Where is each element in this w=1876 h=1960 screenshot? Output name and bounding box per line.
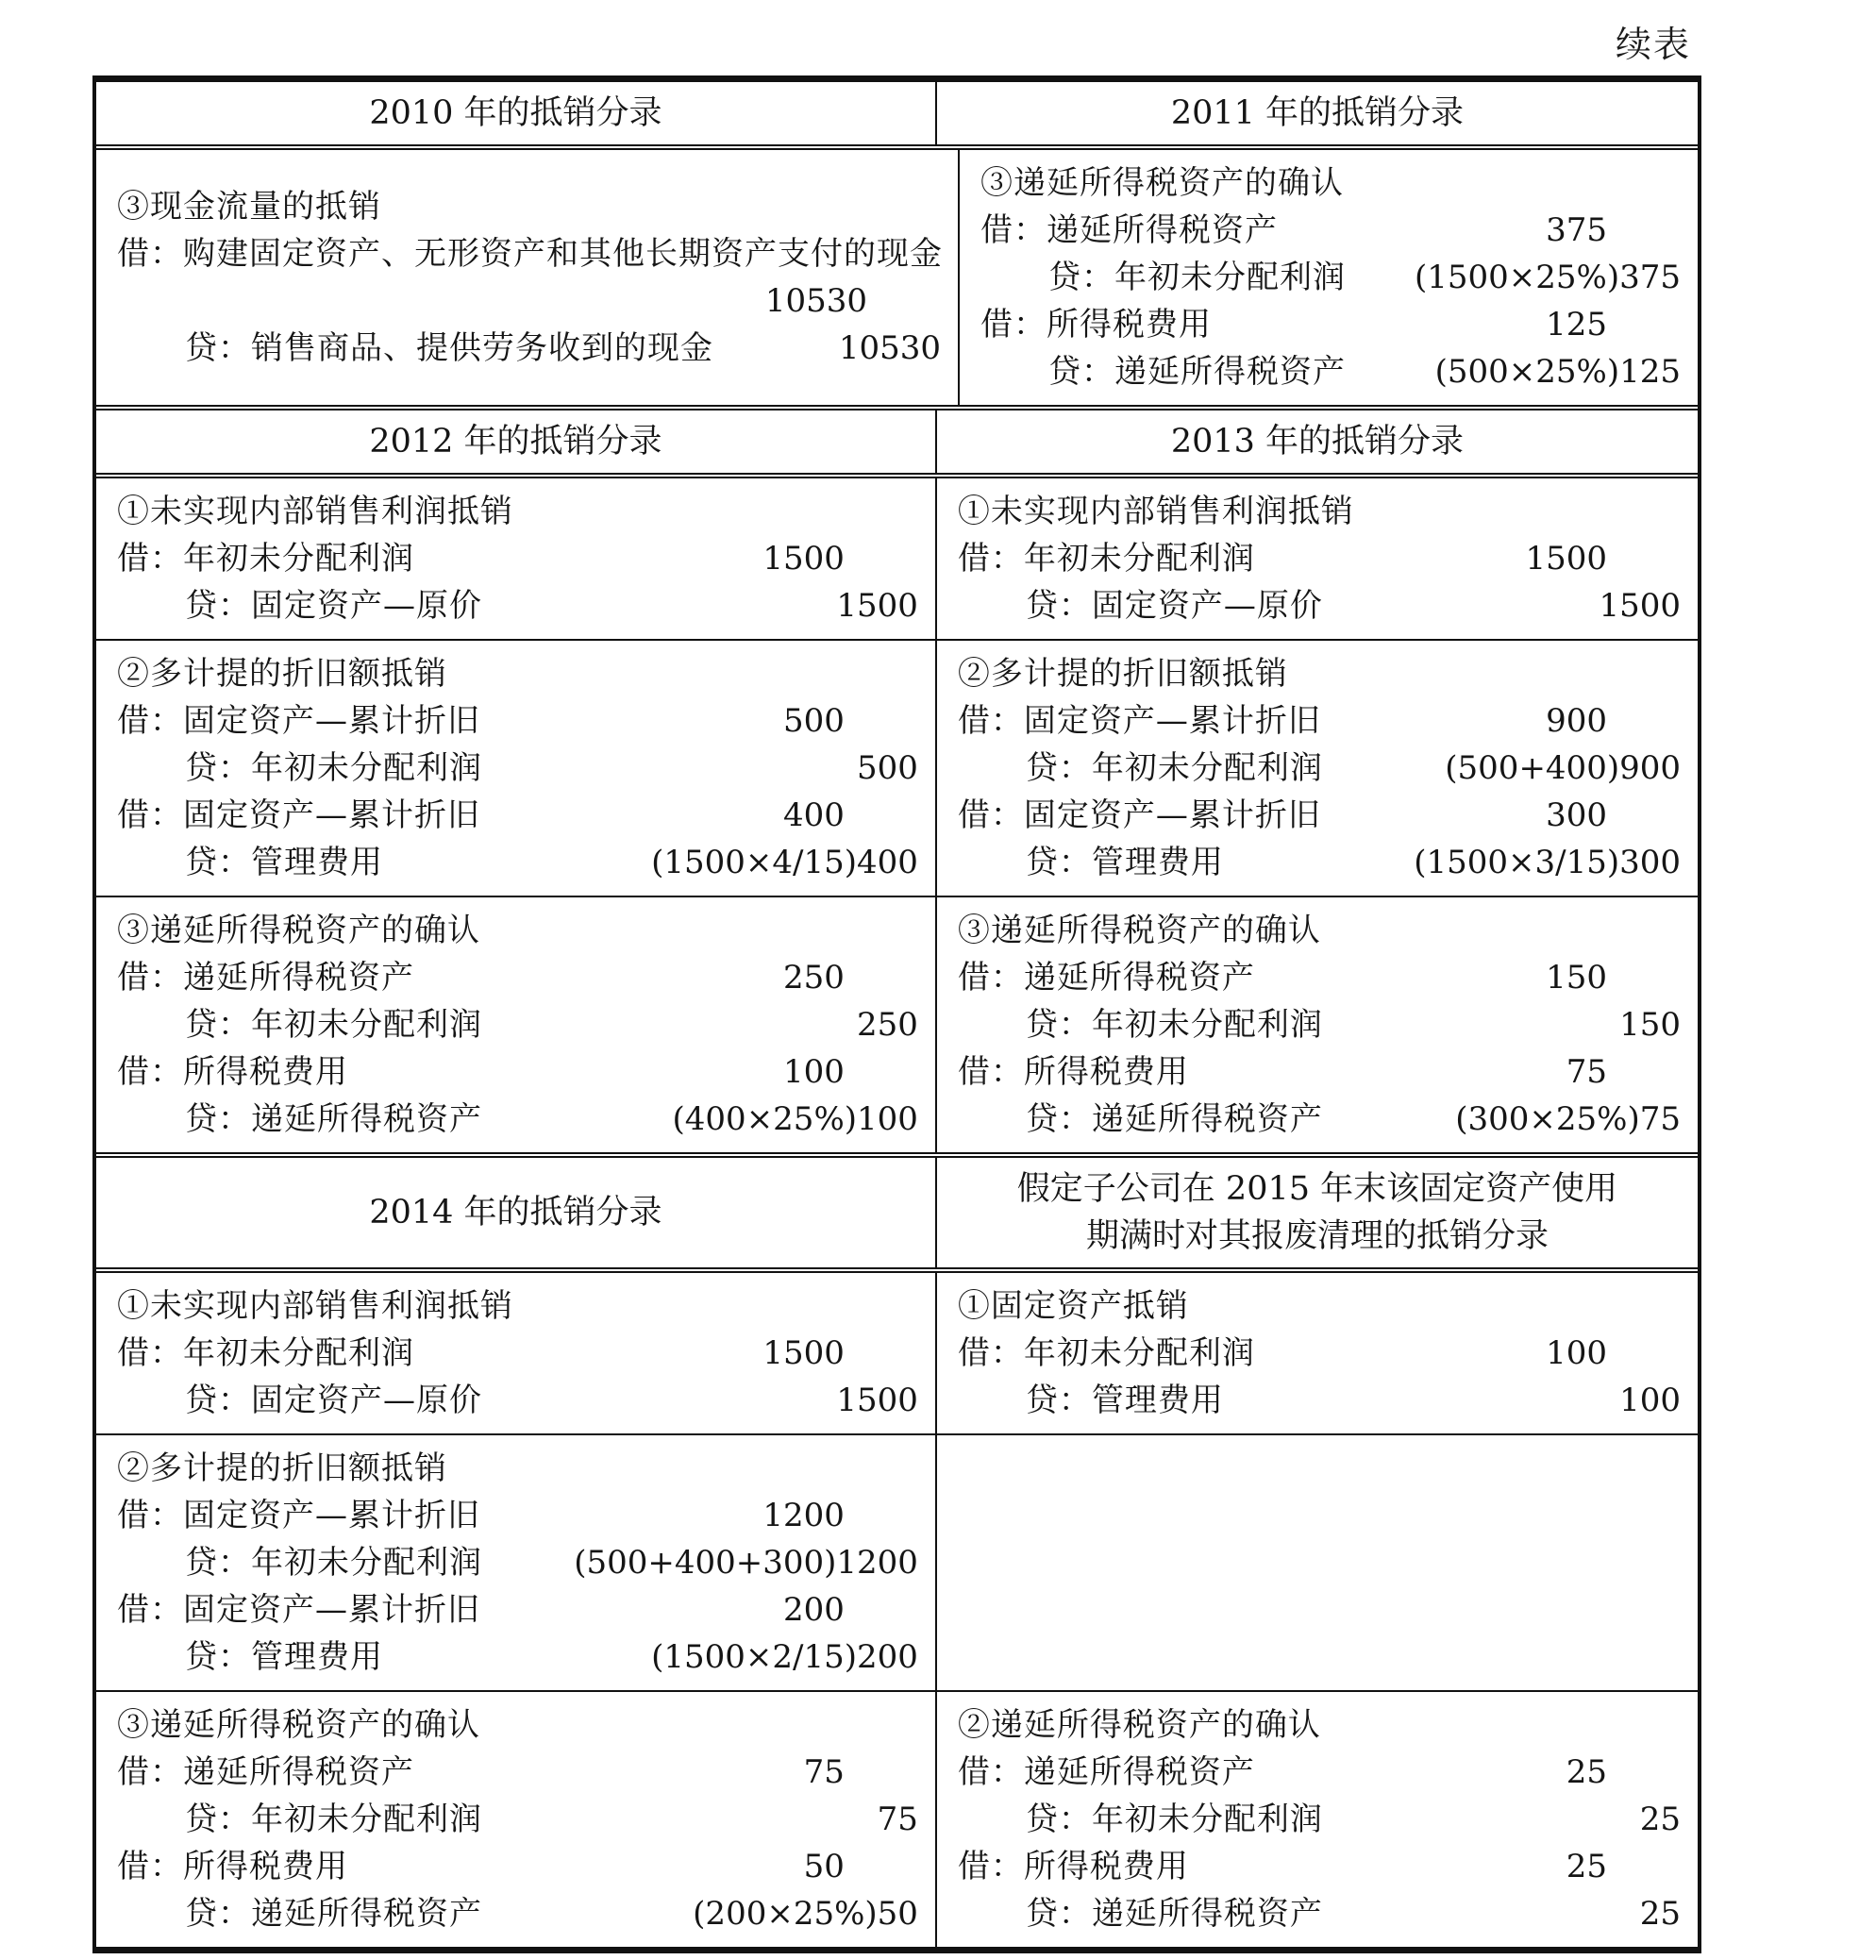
entry-cell: ①未实现内部销售利润抵销借：年初未分配利润1500贷：固定资产—原价1500 (96, 1273, 937, 1433)
amount-debit: 1500 (1525, 535, 1683, 582)
entry-text: 借：购建固定资产、无形资产和其他长期资产支付的现金 (117, 230, 943, 277)
amount-credit: (1500×25%)375 (1415, 254, 1683, 301)
amount-debit: 25 (1566, 1843, 1683, 1890)
entry-line: 贷：销售商品、提供劳务收到的现金10530 (117, 325, 943, 372)
amount-credit: 25 (1640, 1796, 1683, 1843)
year-header-text: 假定子公司在 2015 年末该固定资产使用 (1017, 1165, 1617, 1213)
table-section-2010-2011: 2010 年的抵销分录2011 年的抵销分录③现金流量的抵销借：购建固定资产、无… (96, 82, 1698, 405)
entry-text: 借：所得税费用 (117, 1843, 348, 1890)
entry-line: 借：固定资产—累计折旧500 (117, 697, 920, 745)
amount-credit: (200×25%)50 (693, 1890, 920, 1937)
entry-line: 借：年初未分配利润1500 (117, 1330, 920, 1377)
entry-line: 借：固定资产—累计折旧200 (117, 1586, 920, 1633)
amount-debit: 1200 (762, 1492, 920, 1539)
amount-debit: 1500 (762, 1330, 920, 1377)
entry-line: 贷：固定资产—原价1500 (117, 582, 920, 629)
entry-line: 贷：固定资产—原价1500 (958, 582, 1683, 629)
entry-line: 贷：年初未分配利润(500+400+300)1200 (117, 1539, 920, 1586)
amount-debit: 250 (783, 954, 920, 1001)
entry-text: 贷：固定资产—原价 (958, 582, 1323, 629)
amount-credit: (500+400+300)1200 (574, 1539, 920, 1586)
amount-debit: 75 (804, 1749, 920, 1796)
entry-text: 贷：管理费用 (958, 1377, 1224, 1424)
entry-line: 贷：递延所得税资产(500×25%)125 (980, 348, 1683, 395)
section-header-row: 2010 年的抵销分录2011 年的抵销分录 (96, 82, 1698, 150)
entry-text: ②多计提的折旧额抵销 (958, 650, 1288, 697)
entry-line: 贷：固定资产—原价1500 (117, 1377, 920, 1424)
entry-line: 借：所得税费用25 (958, 1843, 1683, 1890)
entry-title-line: ①固定资产抵销 (958, 1282, 1683, 1330)
entry-text: 贷：年初未分配利润 (117, 745, 482, 792)
amount-credit: (1500×3/15)300 (1414, 839, 1683, 886)
amount-debit: 1500 (762, 535, 920, 582)
amount-credit: 100 (1619, 1377, 1683, 1424)
entry-text: 贷：年初未分配利润 (117, 1796, 482, 1843)
year-header-text: 2010 年的抵销分录 (369, 90, 662, 137)
amount-debit: 500 (783, 697, 920, 745)
entry-text: 借：所得税费用 (958, 1843, 1189, 1890)
entry-text: 借：递延所得税资产 (117, 954, 414, 1001)
amount-debit: 100 (783, 1048, 920, 1096)
entry-line: 贷：年初未分配利润(1500×25%)375 (980, 254, 1683, 301)
entry-text: 借：递延所得税资产 (958, 954, 1255, 1001)
amount-line: 10530 (117, 277, 943, 325)
entry-line: 借：固定资产—累计折旧1200 (117, 1492, 920, 1539)
entry-text: ③递延所得税资产的确认 (117, 1701, 480, 1749)
amount-debit: 200 (783, 1586, 920, 1633)
amount-debit: 25 (1566, 1749, 1683, 1796)
entry-text: 借：所得税费用 (958, 1048, 1189, 1096)
entry-text: 借：年初未分配利润 (958, 535, 1255, 582)
entry-row: ③递延所得税资产的确认借：递延所得税资产75贷：年初未分配利润75借：所得税费用… (96, 1690, 1698, 1947)
amount-credit: 1500 (1599, 582, 1683, 629)
entry-title-line: ②多计提的折旧额抵销 (117, 650, 920, 697)
year-header-cell: 假定子公司在 2015 年末该固定资产使用期满时对其报废清理的抵销分录 (937, 1158, 1698, 1267)
entry-line: 贷：管理费用(1500×2/15)200 (117, 1633, 920, 1681)
year-header-text: 2012 年的抵销分录 (369, 418, 662, 465)
entry-cell: ②多计提的折旧额抵销借：固定资产—累计折旧900贷：年初未分配利润(500+40… (937, 641, 1698, 896)
entry-text: 借：固定资产—累计折旧 (117, 1492, 480, 1539)
entry-text: 贷：管理费用 (117, 839, 383, 886)
entry-row: ②多计提的折旧额抵销借：固定资产—累计折旧500贷：年初未分配利润500借：固定… (96, 639, 1698, 896)
entry-line: 贷：年初未分配利润150 (958, 1001, 1683, 1048)
entry-title-line: ②递延所得税资产的确认 (958, 1701, 1683, 1749)
amount-debit: 100 (1546, 1330, 1683, 1377)
entry-text: 贷：销售商品、提供劳务收到的现金 (117, 325, 713, 372)
year-header-text: 2014 年的抵销分录 (369, 1189, 662, 1236)
entry-line: 贷：管理费用(1500×4/15)400 (117, 839, 920, 886)
entry-text: 借：年初未分配利润 (117, 535, 414, 582)
entry-text: ②递延所得税资产的确认 (958, 1701, 1321, 1749)
continuation-label: 续表 (1616, 15, 1691, 67)
entry-text: ①未实现内部销售利润抵销 (958, 488, 1354, 535)
amount-credit: 150 (1619, 1001, 1683, 1048)
entry-title-line: ③递延所得税资产的确认 (117, 1701, 920, 1749)
entry-line: 借：递延所得税资产150 (958, 954, 1683, 1001)
entry-text: ③递延所得税资产的确认 (117, 907, 480, 954)
entry-title-line: ③递延所得税资产的确认 (980, 159, 1683, 207)
amount-debit: 50 (804, 1843, 920, 1890)
entry-text: ①固定资产抵销 (958, 1282, 1189, 1330)
entry-line: 贷：年初未分配利润75 (117, 1796, 920, 1843)
entry-line: 借：所得税费用100 (117, 1048, 920, 1096)
entry-text: 借：固定资产—累计折旧 (958, 697, 1321, 745)
entry-title-line: ③递延所得税资产的确认 (958, 907, 1683, 954)
scanned-document-page: 续表 2010 年的抵销分录2011 年的抵销分录③现金流量的抵销借：购建固定资… (0, 0, 1876, 1960)
entry-text: 借：固定资产—累计折旧 (117, 1586, 480, 1633)
table-section-2014-2015: 2014 年的抵销分录假定子公司在 2015 年末该固定资产使用期满时对其报废清… (96, 1152, 1698, 1947)
amount-debit: 150 (1546, 954, 1683, 1001)
entry-text: 贷：年初未分配利润 (980, 254, 1346, 301)
section-header-row: 2012 年的抵销分录2013 年的抵销分录 (96, 410, 1698, 478)
entry-text: ②多计提的折旧额抵销 (117, 650, 447, 697)
entry-cell: ③递延所得税资产的确认借：递延所得税资产150贷：年初未分配利润150借：所得税… (937, 897, 1698, 1152)
entry-line: 借：所得税费用50 (117, 1843, 920, 1890)
entry-line: 贷：年初未分配利润(500+400)900 (958, 745, 1683, 792)
entry-text: ②多计提的折旧额抵销 (117, 1445, 447, 1492)
entry-line: 借：递延所得税资产75 (117, 1749, 920, 1796)
entry-cell: ①未实现内部销售利润抵销借：年初未分配利润1500贷：固定资产—原价1500 (96, 478, 937, 639)
entry-text: 贷：年初未分配利润 (958, 745, 1323, 792)
entry-title-line: ①未实现内部销售利润抵销 (117, 488, 920, 535)
entry-line: 借：所得税费用125 (980, 301, 1683, 348)
entry-row: ③递延所得税资产的确认借：递延所得税资产250贷：年初未分配利润250借：所得税… (96, 896, 1698, 1152)
entry-cell: ③现金流量的抵销借：购建固定资产、无形资产和其他长期资产支付的现金10530贷：… (96, 150, 960, 405)
amount-credit: 500 (857, 745, 920, 792)
entry-cell: ③递延所得税资产的确认借：递延所得税资产250贷：年初未分配利润250借：所得税… (96, 897, 937, 1152)
entry-row: ①未实现内部销售利润抵销借：年初未分配利润1500贷：固定资产—原价1500①未… (96, 478, 1698, 639)
entry-text: 贷：固定资产—原价 (117, 582, 482, 629)
entry-cell: ②递延所得税资产的确认借：递延所得税资产25贷：年初未分配利润25借：所得税费用… (937, 1692, 1698, 1947)
entry-text: 借：递延所得税资产 (117, 1749, 414, 1796)
entry-line: 贷：年初未分配利润500 (117, 745, 920, 792)
entry-line: 借：年初未分配利润1500 (958, 535, 1683, 582)
entry-text: 贷：管理费用 (958, 839, 1224, 886)
entry-line: 借：递延所得税资产25 (958, 1749, 1683, 1796)
entry-title-line: 借：购建固定资产、无形资产和其他长期资产支付的现金 (117, 230, 943, 277)
entry-text: 借：所得税费用 (117, 1048, 348, 1096)
entry-cell: ③递延所得税资产的确认借：递延所得税资产75贷：年初未分配利润75借：所得税费用… (96, 1692, 937, 1947)
section-header-row: 2014 年的抵销分录假定子公司在 2015 年末该固定资产使用期满时对其报废清… (96, 1158, 1698, 1273)
entry-line: 借：固定资产—累计折旧900 (958, 697, 1683, 745)
year-header-text: 期满时对其报废清理的抵销分录 (1086, 1213, 1549, 1260)
amount-credit: 250 (857, 1001, 920, 1048)
amount-credit: 1500 (836, 582, 920, 629)
amount-credit: 25 (1640, 1890, 1683, 1937)
entry-text: 借：递延所得税资产 (980, 207, 1278, 254)
entry-line: 借：递延所得税资产250 (117, 954, 920, 1001)
table-section-2012-2013: 2012 年的抵销分录2013 年的抵销分录①未实现内部销售利润抵销借：年初未分… (96, 405, 1698, 1152)
amount-credit: (500×25%)125 (1435, 348, 1683, 395)
entry-cell: ①固定资产抵销借：年初未分配利润100贷：管理费用100 (937, 1273, 1698, 1433)
entry-line: 借：固定资产—累计折旧300 (958, 792, 1683, 839)
entry-text: 贷：递延所得税资产 (958, 1096, 1323, 1143)
entry-line: 贷：管理费用100 (958, 1377, 1683, 1424)
entry-line: 贷：递延所得税资产(400×25%)100 (117, 1096, 920, 1143)
entry-text: 借：固定资产—累计折旧 (958, 792, 1321, 839)
entry-text: 贷：递延所得税资产 (980, 348, 1346, 395)
entry-text: 贷：年初未分配利润 (117, 1001, 482, 1048)
amount-debit: 10530 (765, 277, 943, 325)
entry-line: 借：递延所得税资产375 (980, 207, 1683, 254)
entry-row: ②多计提的折旧额抵销借：固定资产—累计折旧1200贷：年初未分配利润(500+4… (96, 1433, 1698, 1690)
entry-line: 借：年初未分配利润1500 (117, 535, 920, 582)
entry-title-line: ②多计提的折旧额抵销 (117, 1445, 920, 1492)
entry-text: 借：年初未分配利润 (958, 1330, 1255, 1377)
entry-row: ③现金流量的抵销借：购建固定资产、无形资产和其他长期资产支付的现金10530贷：… (96, 150, 1698, 405)
year-header-cell: 2014 年的抵销分录 (96, 1158, 937, 1267)
amount-debit: 300 (1546, 792, 1683, 839)
entry-text: 借：所得税费用 (980, 301, 1212, 348)
entry-title-line: ①未实现内部销售利润抵销 (958, 488, 1683, 535)
entry-text: ③递延所得税资产的确认 (980, 159, 1344, 207)
amount-debit: 125 (1546, 301, 1683, 348)
entry-line: 借：所得税费用75 (958, 1048, 1683, 1096)
entry-line: 贷：年初未分配利润250 (117, 1001, 920, 1048)
entry-line: 贷：递延所得税资产(300×25%)75 (958, 1096, 1683, 1143)
amount-credit: (500+400)900 (1445, 745, 1683, 792)
amount-credit: (400×25%)100 (673, 1096, 920, 1143)
entry-title-line: ③现金流量的抵销 (117, 183, 943, 230)
entry-text: 借：递延所得税资产 (958, 1749, 1255, 1796)
year-header-cell: 2013 年的抵销分录 (937, 410, 1698, 473)
entry-title-line: ①未实现内部销售利润抵销 (117, 1282, 920, 1330)
entry-cell: ②多计提的折旧额抵销借：固定资产—累计折旧1200贷：年初未分配利润(500+4… (96, 1435, 937, 1690)
entry-text: ③递延所得税资产的确认 (958, 907, 1321, 954)
entry-cell: ③递延所得税资产的确认借：递延所得税资产375贷：年初未分配利润(1500×25… (960, 150, 1698, 405)
entry-text: 贷：管理费用 (117, 1633, 383, 1681)
year-header-cell: 2010 年的抵销分录 (96, 82, 937, 144)
entry-text: 贷：固定资产—原价 (117, 1377, 482, 1424)
entry-text: 贷：年初未分配利润 (958, 1796, 1323, 1843)
entry-cell (937, 1435, 1698, 1690)
entry-text: 贷：递延所得税资产 (117, 1096, 482, 1143)
year-header-cell: 2011 年的抵销分录 (937, 82, 1698, 144)
entry-line: 借：年初未分配利润100 (958, 1330, 1683, 1377)
entry-text: 贷：递延所得税资产 (117, 1890, 482, 1937)
year-header-text: 2013 年的抵销分录 (1171, 418, 1464, 465)
year-header-cell: 2012 年的抵销分录 (96, 410, 937, 473)
entry-text: 贷：年初未分配利润 (117, 1539, 482, 1586)
entry-row: ①未实现内部销售利润抵销借：年初未分配利润1500贷：固定资产—原价1500①固… (96, 1273, 1698, 1433)
entry-text: 借：年初未分配利润 (117, 1330, 414, 1377)
entry-text: ①未实现内部销售利润抵销 (117, 1282, 513, 1330)
entry-cell: ②多计提的折旧额抵销借：固定资产—累计折旧500贷：年初未分配利润500借：固定… (96, 641, 937, 896)
entry-title-line: ②多计提的折旧额抵销 (958, 650, 1683, 697)
entry-text: 贷：递延所得税资产 (958, 1890, 1323, 1937)
entry-text: 贷：年初未分配利润 (958, 1001, 1323, 1048)
amount-credit: 1500 (836, 1377, 920, 1424)
year-header-text: 2011 年的抵销分录 (1171, 90, 1464, 137)
amount-credit: 10530 (839, 325, 943, 372)
entry-cell: ①未实现内部销售利润抵销借：年初未分配利润1500贷：固定资产—原价1500 (937, 478, 1698, 639)
amount-credit: (1500×4/15)400 (651, 839, 920, 886)
amount-debit: 400 (783, 792, 920, 839)
amount-debit: 900 (1546, 697, 1683, 745)
amount-debit: 75 (1566, 1048, 1683, 1096)
entry-text: ③现金流量的抵销 (117, 183, 381, 230)
entry-text: ①未实现内部销售利润抵销 (117, 488, 513, 535)
entry-title-line: ③递延所得税资产的确认 (117, 907, 920, 954)
elimination-entries-table: 2010 年的抵销分录2011 年的抵销分录③现金流量的抵销借：购建固定资产、无… (92, 75, 1701, 1953)
entry-line: 借：固定资产—累计折旧400 (117, 792, 920, 839)
entry-line: 贷：递延所得税资产25 (958, 1890, 1683, 1937)
amount-credit: 75 (878, 1796, 920, 1843)
entry-text: 借：固定资产—累计折旧 (117, 792, 480, 839)
amount-debit: 375 (1546, 207, 1683, 254)
amount-credit: (1500×2/15)200 (651, 1633, 920, 1681)
amount-credit: (300×25%)75 (1455, 1096, 1683, 1143)
entry-text: 借：固定资产—累计折旧 (117, 697, 480, 745)
entry-line: 贷：管理费用(1500×3/15)300 (958, 839, 1683, 886)
entry-line: 贷：年初未分配利润25 (958, 1796, 1683, 1843)
entry-line: 贷：递延所得税资产(200×25%)50 (117, 1890, 920, 1937)
